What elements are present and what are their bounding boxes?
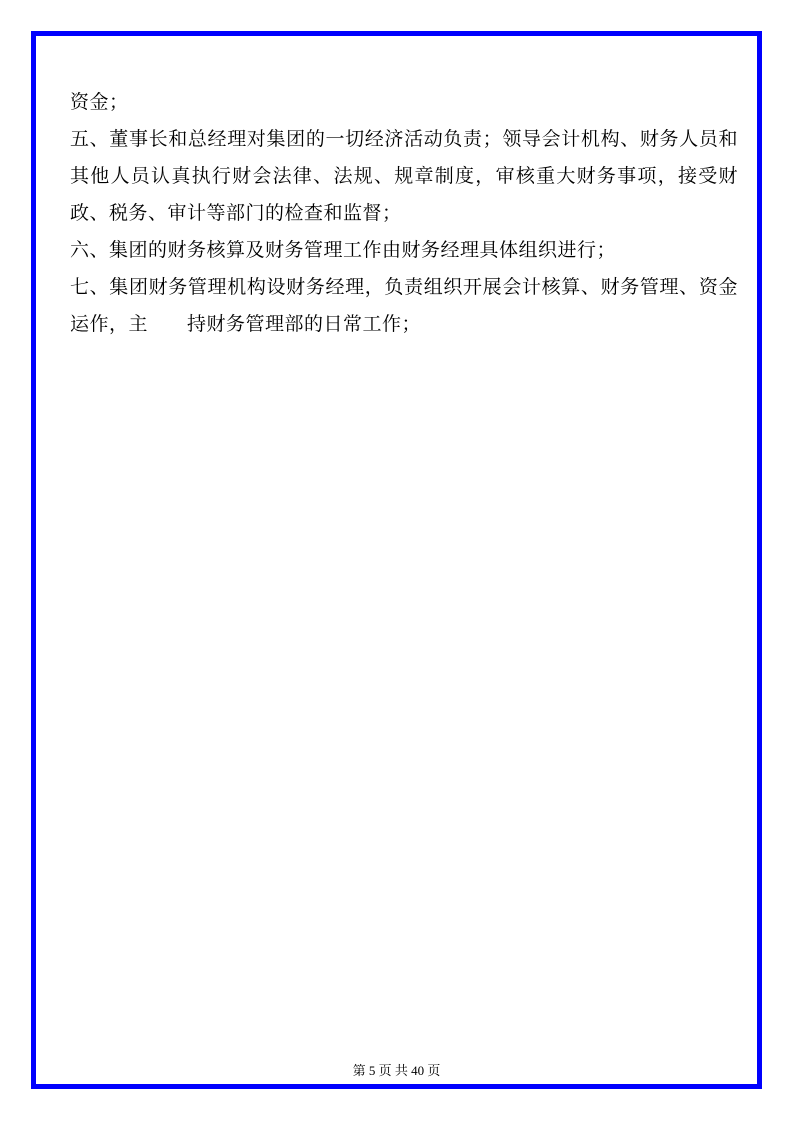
document-page: 资金； 五、董事长和总经理对集团的一切经济活动负责；领导会计机构、财务人员和其他… [0,0,793,1122]
paragraph: 六、集团的财务核算及财务管理工作由财务经理具体组织进行； [70,232,738,269]
page-number: 第 5 页 共 40 页 [353,1063,441,1078]
paragraph: 资金； [70,84,738,121]
page-footer: 第 5 页 共 40 页 [0,1061,793,1081]
document-body: 资金； 五、董事长和总经理对集团的一切经济活动负责；领导会计机构、财务人员和其他… [70,84,738,343]
paragraph: 七、集团财务管理机构设财务经理，负责组织开展会计核算、财务管理、资金运作，主 持… [70,269,738,343]
paragraph: 五、董事长和总经理对集团的一切经济活动负责；领导会计机构、财务人员和其他人员认真… [70,121,738,232]
